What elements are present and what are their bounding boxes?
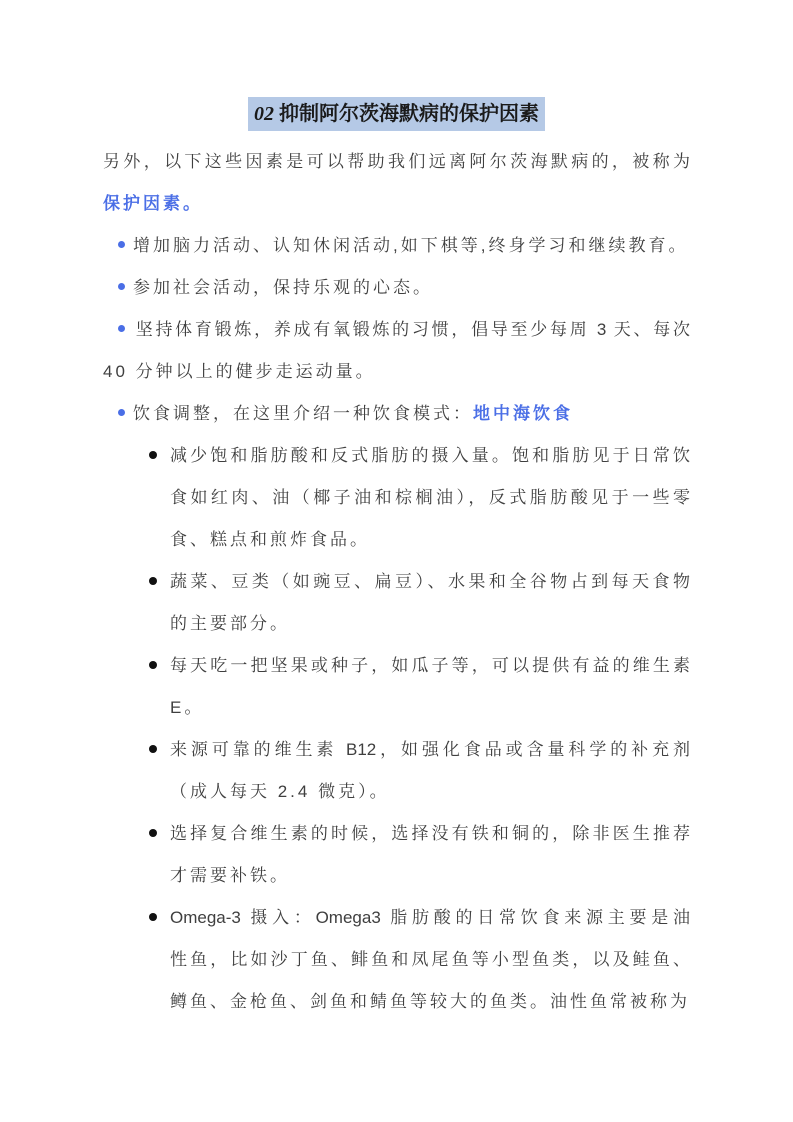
- bullet-text: 增加脑力活动、认知休闲活动,如下棋等,终身学习和继续教育。: [133, 236, 688, 255]
- bullet-dot-icon: [118, 283, 125, 290]
- sub-bullet-line: （成人每天 2.4 微克）。: [170, 771, 690, 813]
- bullet-text: 参加社会活动，保持乐观的心态。: [133, 278, 433, 297]
- content: 02抑制阿尔茨海默病的保护因素 另外，以下这些因素是可以帮助我们远离阿尔茨海默病…: [103, 97, 690, 1023]
- sub-bullet-line: Omega-3 摄入：Omega3 脂肪酸的日常饮食来源主要是油: [170, 897, 690, 939]
- sub-bullet-dot-icon: [149, 451, 157, 459]
- sub-bullet-item: 选择复合维生素的时候，选择没有铁和铜的，除非医生推荐才需要补铁。: [103, 813, 690, 897]
- bullet-item: 坚持体育锻炼，养成有氧锻炼的习惯，倡导至少每周 3 天、每次40 分钟以上的健步…: [103, 309, 690, 393]
- bullet-line: 参加社会活动，保持乐观的心态。: [103, 267, 690, 309]
- bullet-text: 40 分钟以上的健步走运动量。: [103, 362, 376, 381]
- bullet-dot-icon: [118, 325, 125, 332]
- sub-bullet-item: 蔬菜、豆类（如豌豆、扁豆）、水果和全谷物占到每天食物的主要部分。: [103, 561, 690, 645]
- document-page: { "title": { "number": "02", "text": "抑制…: [0, 0, 793, 1122]
- sub-bullet-list: 减少饱和脂肪酸和反式脂肪的摄入量。饱和脂肪见于日常饮食如红肉、油（椰子油和棕榈油…: [103, 435, 690, 1023]
- bullet-list: 增加脑力活动、认知休闲活动,如下棋等,终身学习和继续教育。参加社会活动，保持乐观…: [103, 225, 690, 435]
- sub-bullet-item: 减少饱和脂肪酸和反式脂肪的摄入量。饱和脂肪见于日常饮食如红肉、油（椰子油和棕榈油…: [103, 435, 690, 561]
- sub-bullet-dot-icon: [149, 745, 157, 753]
- sub-bullet-line: 鳟鱼、金枪鱼、剑鱼和鲭鱼等较大的鱼类。油性鱼常被称为: [170, 981, 690, 1023]
- title-highlight: 02抑制阿尔茨海默病的保护因素: [248, 97, 545, 131]
- sub-bullet-dot-icon: [149, 661, 157, 669]
- mediterranean-diet-link[interactable]: 地中海饮食: [473, 404, 573, 423]
- bullet-line: 坚持体育锻炼，养成有氧锻炼的习惯，倡导至少每周 3 天、每次: [103, 309, 690, 351]
- bullet-dot-icon: [118, 241, 125, 248]
- intro-line: 另外，以下这些因素是可以帮助我们远离阿尔茨海默病的，被称为: [103, 141, 690, 183]
- sub-bullet-line: 才需要补铁。: [170, 855, 690, 897]
- sub-bullet-dot-icon: [149, 913, 157, 921]
- bullet-item: 饮食调整，在这里介绍一种饮食模式：地中海饮食: [103, 393, 690, 435]
- sub-bullet-line: 每天吃一把坚果或种子，如瓜子等，可以提供有益的维生素: [170, 645, 690, 687]
- sub-bullet-line: 来源可靠的维生素 B12，如强化食品或含量科学的补充剂: [170, 729, 690, 771]
- page-title: 02抑制阿尔茨海默病的保护因素: [103, 97, 690, 133]
- sub-bullet-dot-icon: [149, 577, 157, 585]
- intro-emphasis-line: 保护因素。: [103, 183, 690, 225]
- sub-bullet-line: 食、糕点和煎炸食品。: [170, 519, 690, 561]
- bullet-line: 增加脑力活动、认知休闲活动,如下棋等,终身学习和继续教育。: [103, 225, 690, 267]
- sub-bullet-item: 来源可靠的维生素 B12，如强化食品或含量科学的补充剂（成人每天 2.4 微克）…: [103, 729, 690, 813]
- sub-bullet-line: 的主要部分。: [170, 603, 690, 645]
- sub-bullet-item: Omega-3 摄入：Omega3 脂肪酸的日常饮食来源主要是油性鱼，比如沙丁鱼…: [103, 897, 690, 1023]
- sub-bullet-item: 每天吃一把坚果或种子，如瓜子等，可以提供有益的维生素E。: [103, 645, 690, 729]
- sub-bullet-line: 减少饱和脂肪酸和反式脂肪的摄入量。饱和脂肪见于日常饮: [170, 435, 690, 477]
- bullet-text: 坚持体育锻炼，养成有氧锻炼的习惯，倡导至少每周 3 天、每次: [133, 320, 690, 339]
- sub-bullet-line: E。: [170, 687, 690, 729]
- bullet-line: 40 分钟以上的健步走运动量。: [103, 351, 690, 393]
- title-number: 02: [254, 103, 274, 125]
- sub-bullet-dot-icon: [149, 829, 157, 837]
- bullet-item: 增加脑力活动、认知休闲活动,如下棋等,终身学习和继续教育。: [103, 225, 690, 267]
- bullet-line: 饮食调整，在这里介绍一种饮食模式：地中海饮食: [103, 393, 690, 435]
- protective-factors-emphasis: 保护因素。: [103, 194, 203, 213]
- bullet-text: 饮食调整，在这里介绍一种饮食模式：: [133, 404, 473, 423]
- bullet-item: 参加社会活动，保持乐观的心态。: [103, 267, 690, 309]
- intro-paragraph: 另外，以下这些因素是可以帮助我们远离阿尔茨海默病的，被称为 保护因素。: [103, 141, 690, 225]
- sub-bullet-line: 性鱼，比如沙丁鱼、鲱鱼和凤尾鱼等小型鱼类，以及鲑鱼、: [170, 939, 690, 981]
- bullet-dot-icon: [118, 409, 125, 416]
- sub-bullet-line: 蔬菜、豆类（如豌豆、扁豆）、水果和全谷物占到每天食物: [170, 561, 690, 603]
- sub-bullet-line: 选择复合维生素的时候，选择没有铁和铜的，除非医生推荐: [170, 813, 690, 855]
- sub-bullet-line: 食如红肉、油（椰子油和棕榈油），反式脂肪酸见于一些零: [170, 477, 690, 519]
- title-text: 抑制阿尔茨海默病的保护因素: [279, 103, 539, 125]
